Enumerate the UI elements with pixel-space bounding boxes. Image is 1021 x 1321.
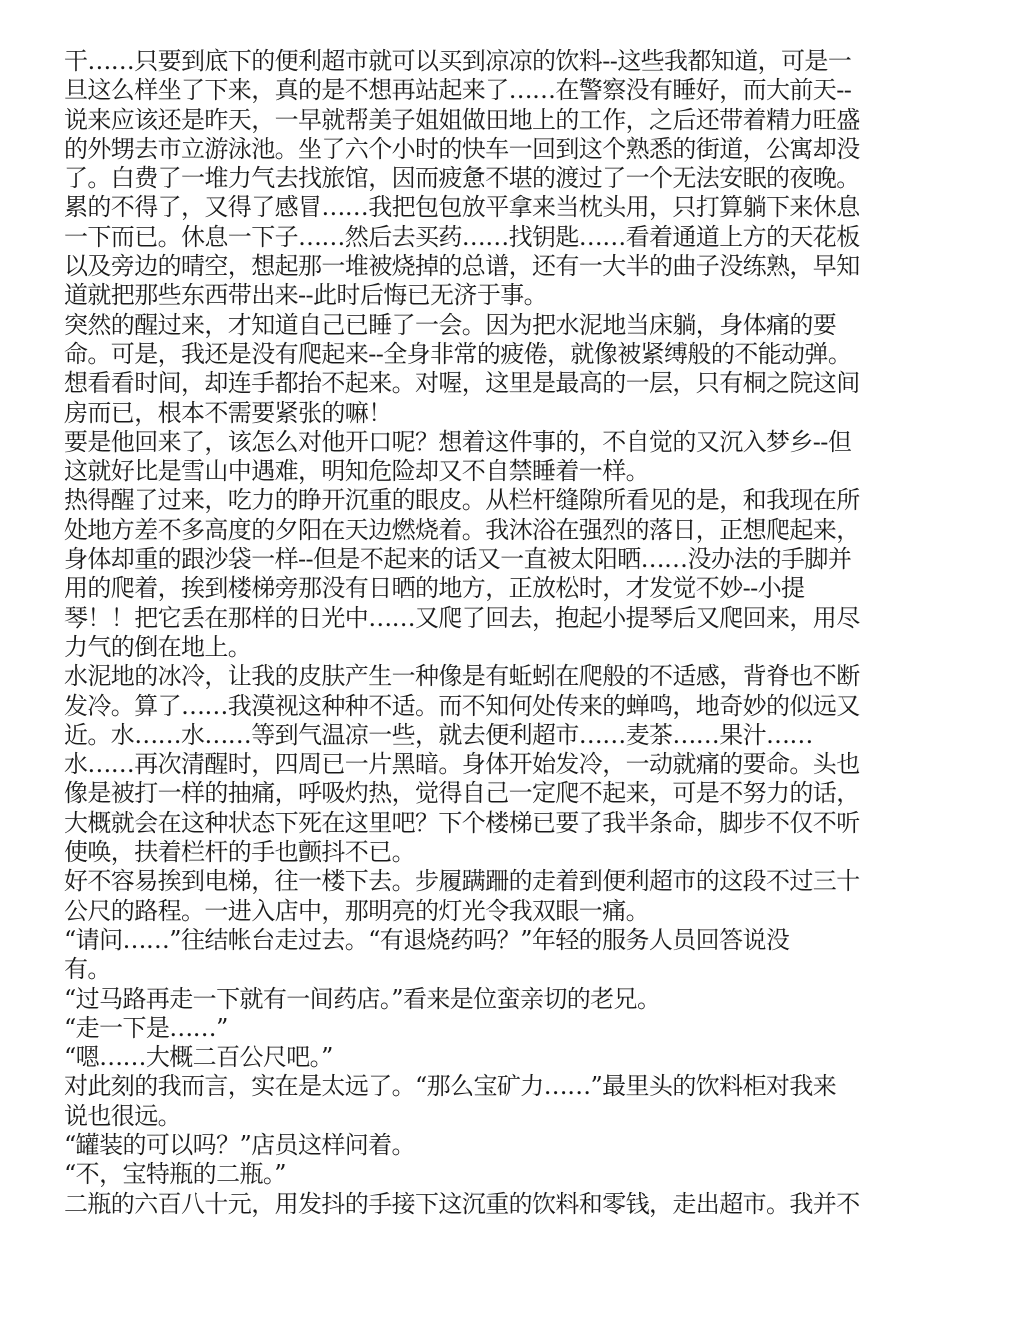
text-line: 好不容易挨到电梯，往一楼下去。步履蹒跚的走着到便利超市的这段不过三十 [64, 867, 964, 896]
text-line: “过马路再走一下就有一间药店。”看来是位蛮亲切的老兄。 [64, 985, 964, 1014]
text-line: “走一下是……” [64, 1014, 964, 1043]
text-line: 发冷。算了……我漠视这种种不适。而不知何处传来的蝉鸣，地奇妙的似远又 [64, 692, 964, 721]
text-line: “罐装的可以吗？”店员这样问着。 [64, 1131, 964, 1160]
text-line: 琴！！把它丢在那样的日光中……又爬了回去，抱起小提琴后又爬回来，用尽 [64, 604, 964, 633]
text-line: 了。白费了一堆力气去找旅馆，因而疲惫不堪的渡过了一个无法安眠的夜晚。 [64, 164, 964, 193]
text-line: 二瓶的六百八十元，用发抖的手接下这沉重的饮料和零钱，走出超市。我并不 [64, 1190, 964, 1219]
text-line: 像是被打一样的抽痛，呼吸灼热，觉得自己一定爬不起来，可是不努力的话， [64, 779, 964, 808]
text-line: 使唤，扶着栏杆的手也颤抖不已。 [64, 838, 964, 867]
text-line: 有。 [64, 955, 964, 984]
text-line: 对此刻的我而言，实在是太远了。“那么宝矿力……”最里头的饮料柜对我来 [64, 1072, 964, 1101]
text-line: 命。可是，我还是没有爬起来--全身非常的疲倦，就像被紧缚般的不能动弹。 [64, 340, 964, 369]
text-line: 道就把那些东西带出来--此时后悔已无济于事。 [64, 281, 964, 310]
text-line: 用的爬着，挨到楼梯旁那没有日晒的地方，正放松时，才发觉不妙--小提 [64, 574, 964, 603]
text-line: 说来应该还是昨天，一早就帮美子姐姐做田地上的工作，之后还带着精力旺盛 [64, 106, 964, 135]
text-line: “嗯……大概二百公尺吧。” [64, 1043, 964, 1072]
text-line: 累的不得了，又得了感冒……我把包包放平拿来当枕头用，只打算躺下来休息 [64, 193, 964, 222]
text-line: 说也很远。 [64, 1102, 964, 1131]
text-line: 身体却重的跟沙袋一样--但是不起来的话又一直被太阳晒……没办法的手脚并 [64, 545, 964, 574]
text-line: 的外甥去市立游泳池。坐了六个小时的快车一回到这个熟悉的街道，公寓却没 [64, 135, 964, 164]
text-line: 水……再次清醒时，四周已一片黑暗。身体开始发冷，一动就痛的要命。头也 [64, 750, 964, 779]
document-page: 干……只要到底下的便利超市就可以买到凉凉的饮料--这些我都知道，可是一 旦这么样… [64, 47, 964, 1219]
text-line: “不，宝特瓶的二瓶。” [64, 1160, 964, 1189]
text-line: 大概就会在这种状态下死在这里吧？下个楼梯已要了我半条命，脚步不仅不听 [64, 809, 964, 838]
text-line: 这就好比是雪山中遇难，明知危险却又不自禁睡着一样。 [64, 457, 964, 486]
text-line: 干……只要到底下的便利超市就可以买到凉凉的饮料--这些我都知道，可是一 [64, 47, 964, 76]
text-line: 突然的醒过来，才知道自己已睡了一会。因为把水泥地当床躺，身体痛的要 [64, 311, 964, 340]
text-line: 以及旁边的晴空，想起那一堆被烧掉的总谱，还有一大半的曲子没练熟，早知 [64, 252, 964, 281]
text-line: 处地方差不多高度的夕阳在天边燃烧着。我沐浴在强烈的落日，正想爬起来， [64, 516, 964, 545]
text-line: 力气的倒在地上。 [64, 633, 964, 662]
text-line: 近。水……水……等到气温凉一些，就去便利超市……麦茶……果汁…… [64, 721, 964, 750]
text-line: 要是他回来了，该怎么对他开口呢？想着这件事的，不自觉的又沉入梦乡--但 [64, 428, 964, 457]
text-line: 想看看时间，却连手都抬不起来。对喔，这里是最高的一层，只有桐之院这间 [64, 369, 964, 398]
text-line: 旦这么样坐了下来，真的是不想再站起来了……在警察没有睡好，而大前天-- [64, 76, 964, 105]
text-line: 公尺的路程。一进入店中，那明亮的灯光令我双眼一痛。 [64, 897, 964, 926]
text-line: “请问……”往结帐台走过去。“有退烧药吗？”年轻的服务人员回答说没 [64, 926, 964, 955]
text-line: 房而已，根本不需要紧张的嘛！ [64, 399, 964, 428]
text-line: 一下而已。休息一下子……然后去买药……找钥匙……看着通道上方的天花板 [64, 223, 964, 252]
text-line: 热得醒了过来，吃力的睁开沉重的眼皮。从栏杆缝隙所看见的是，和我现在所 [64, 486, 964, 515]
text-line: 水泥地的冰冷，让我的皮肤产生一种像是有蚯蚓在爬般的不适感，背脊也不断 [64, 662, 964, 691]
